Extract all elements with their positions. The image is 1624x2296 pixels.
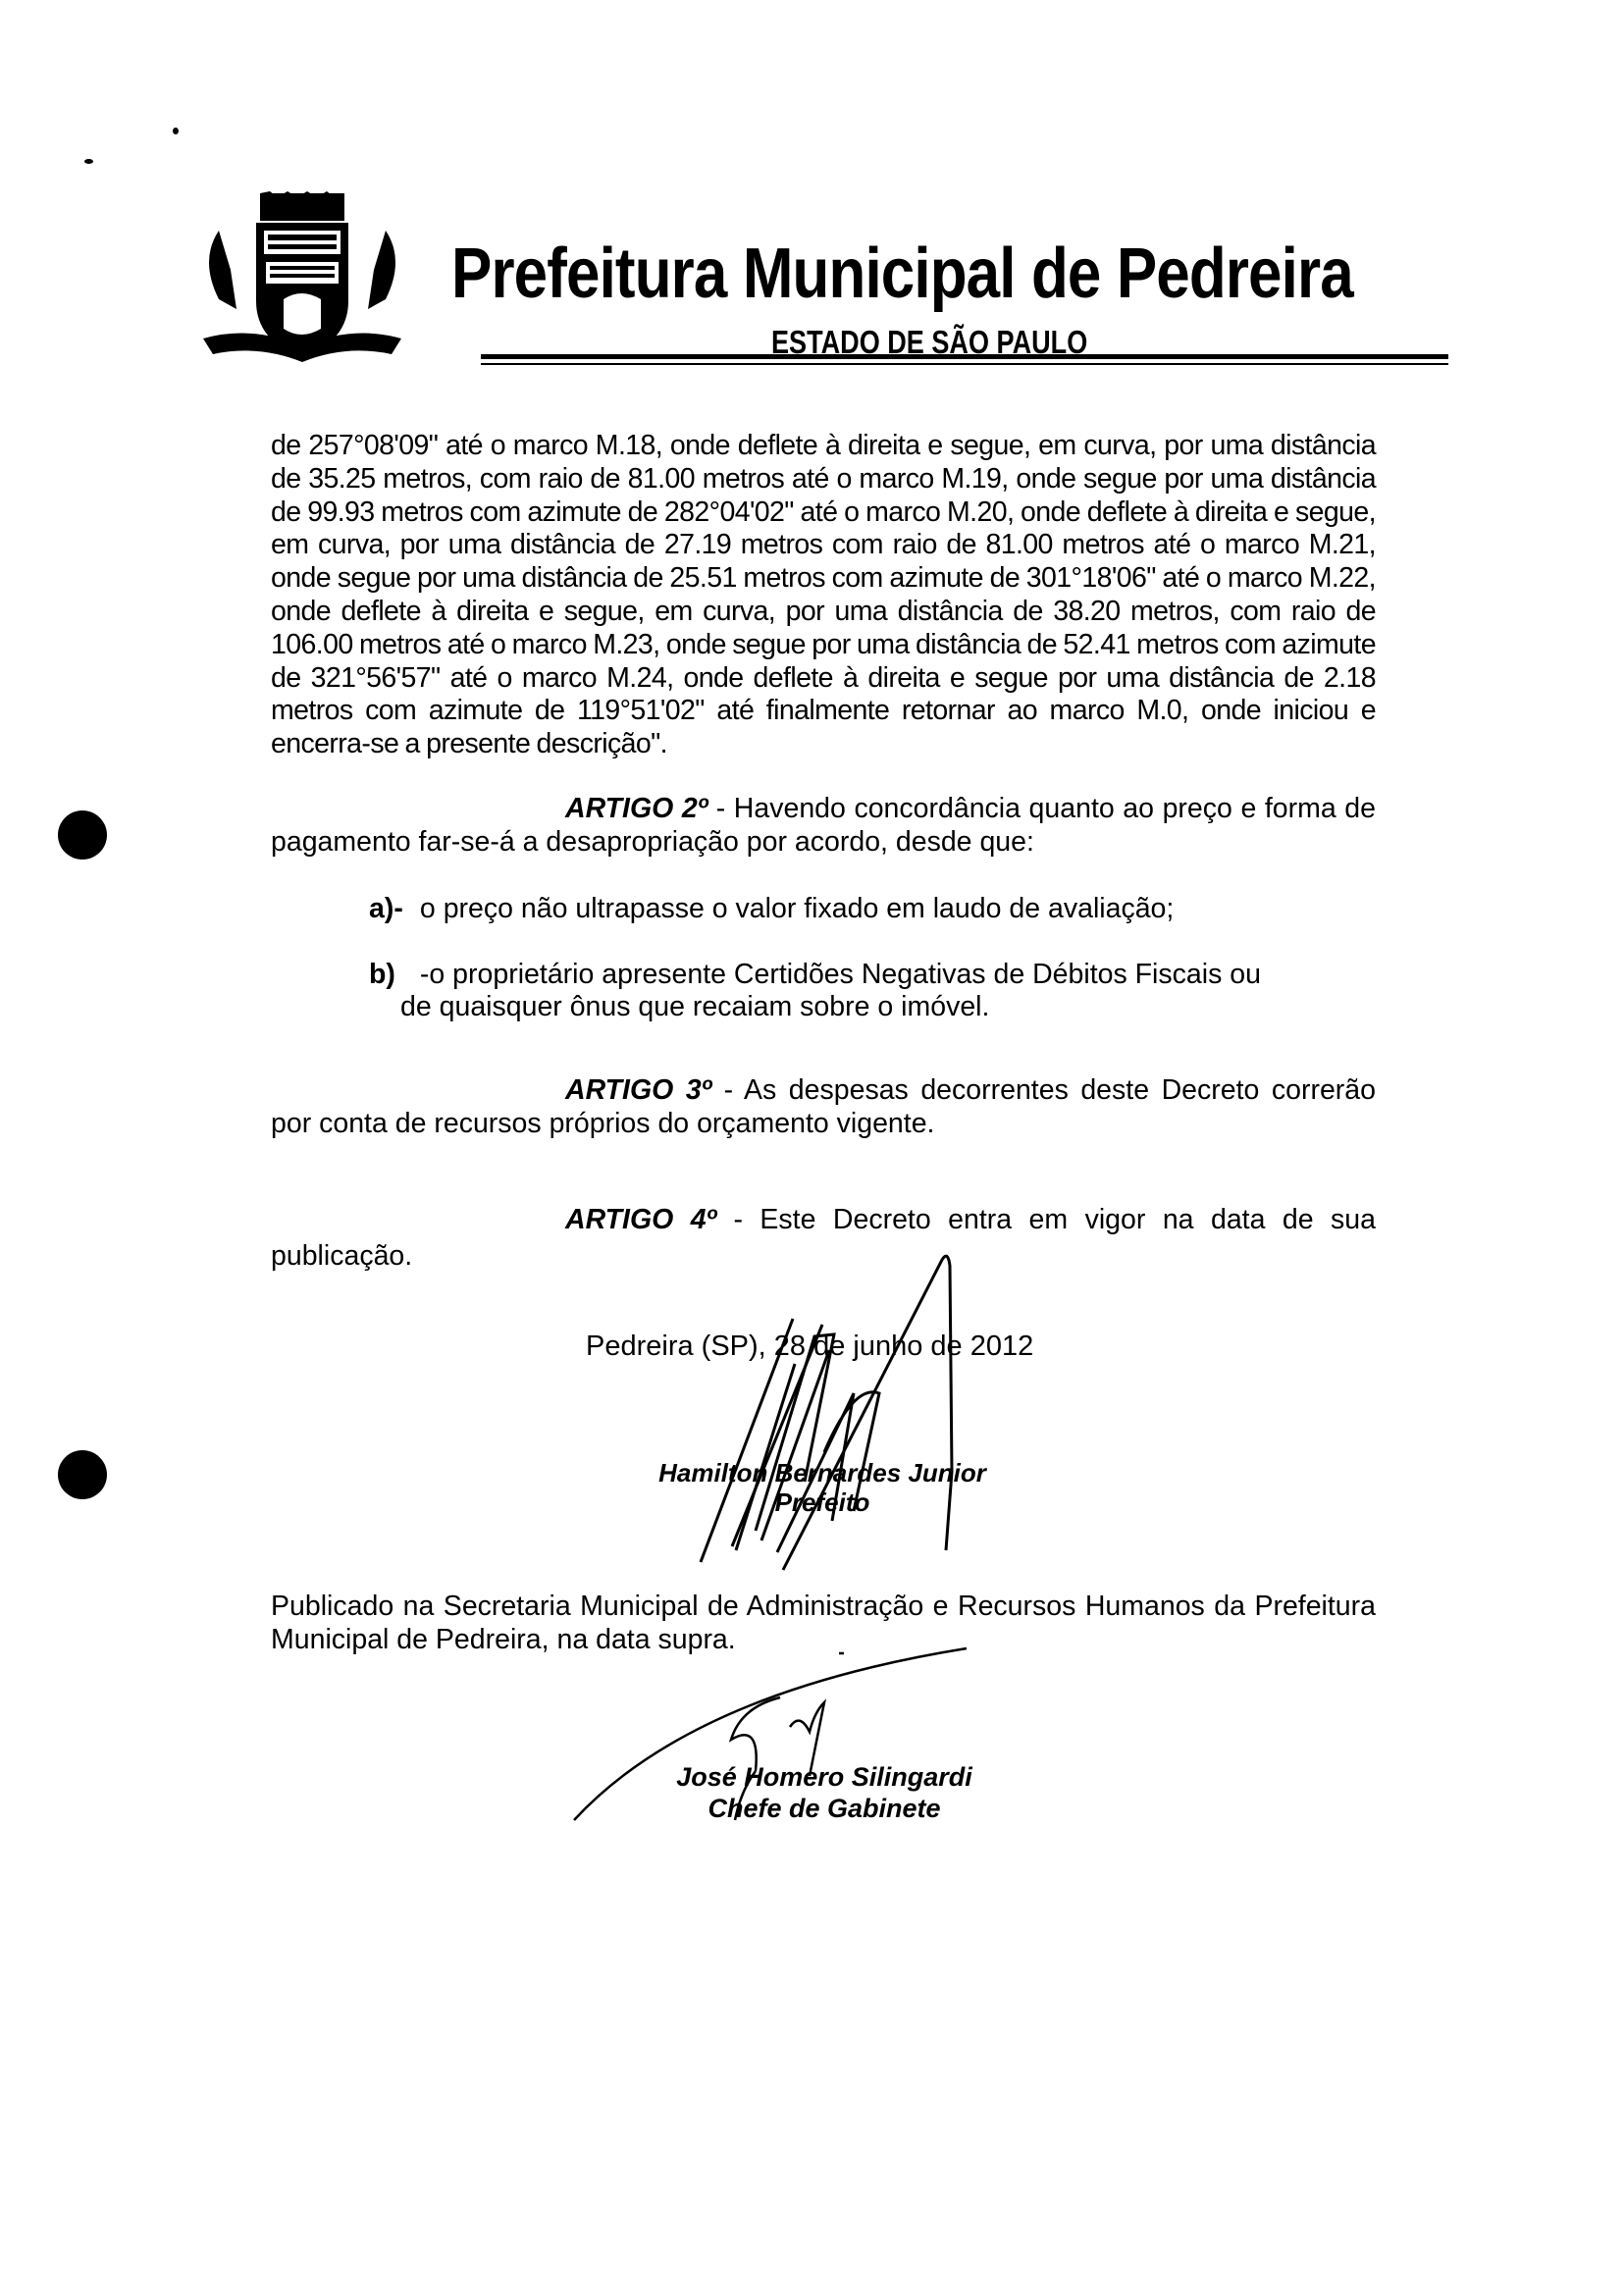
list-item-text: o preço não ultrapasse o valor fixado em…	[420, 893, 1174, 924]
list-item: a)- o preço não ultrapasse o valor fixad…	[369, 893, 1350, 926]
article-3: ARTIGO 3º - As despesas decorrentes dest…	[271, 1074, 1376, 1140]
article-heading: ARTIGO 4º	[565, 1204, 716, 1235]
article-text: - As despesas decorrentes deste Decreto …	[271, 1074, 1376, 1139]
article-text: - Havendo concordância quanto ao preço e…	[271, 793, 1376, 858]
article-text: - Este Decreto entra em vigor na data de…	[716, 1204, 1376, 1235]
page-title: Prefeitura Municipal de Pedreira	[451, 234, 1353, 314]
list-item-label: b)	[369, 959, 412, 992]
list-item-text: -o proprietário apresente Certidões Nega…	[420, 959, 1261, 990]
boundary-description: de 257°08'09" até o marco M.18, onde def…	[271, 430, 1376, 761]
article-heading: ARTIGO 2º	[565, 793, 707, 824]
chief-name: José Homero Silingardi	[657, 1761, 991, 1795]
mayor-handwritten-signature	[687, 1256, 981, 1580]
list-item-label: a)-	[369, 893, 412, 926]
coat-of-arms-icon	[199, 191, 405, 366]
scan-speck	[84, 159, 93, 164]
punch-hole	[58, 810, 107, 860]
scan-speck	[173, 128, 179, 134]
list-item: b) -o proprietário apresente Certidões N…	[369, 959, 1350, 992]
article-2: ARTIGO 2º - Havendo concordância quanto …	[271, 793, 1376, 859]
list-item-continuation: de quaisquer ônus que recaiam sobre o im…	[400, 991, 1382, 1024]
punch-hole	[58, 1450, 107, 1499]
header-rule-thin	[481, 363, 1448, 365]
chief-role: Chefe de Gabinete	[657, 1793, 991, 1826]
article-4: ARTIGO 4º - Este Decreto entra em vigor …	[271, 1204, 1376, 1237]
article-4-continuation: publicação.	[271, 1240, 412, 1274]
article-heading: ARTIGO 3º	[565, 1074, 711, 1106]
header-rule	[481, 354, 1448, 359]
